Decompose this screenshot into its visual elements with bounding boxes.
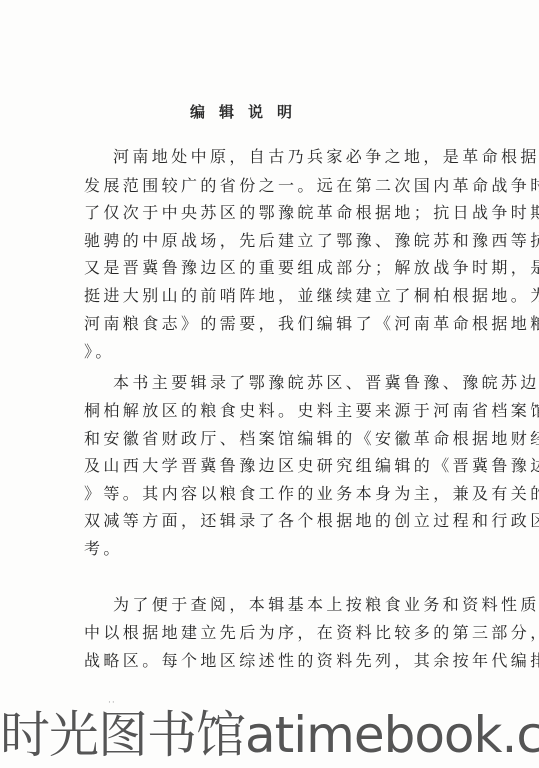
text-line: 战略区。每个地区综述性的资料先列，其余按年代编排。对于中原 xyxy=(84,652,539,670)
text-line: 河南粮食志》的需要，我们编辑了《河南革命根据地粮食史料选辑 xyxy=(84,315,539,333)
text-line: 发展范围较广的省份之一。远在第二次国内革命战争时期，就建立 xyxy=(84,177,539,195)
text-line: 驰骋的中原战场，先后建立了鄂豫、豫皖苏和豫西等抗日根据地， xyxy=(84,232,539,250)
text-line: 桐柏解放区的粮食史料。史料主要来源于河南省档案馆的历史档案 xyxy=(84,402,539,420)
text-line: 河南地处中原，自古乃兵家必争之地，是革命根据地创立较早， xyxy=(113,148,539,166)
text-line: 》。 xyxy=(84,343,115,361)
text-line: 了仅次于中央苏区的鄂豫皖革命根据地；抗日战争时期是我军纵横 xyxy=(84,204,539,222)
text-line: 本书主要辑录了鄂豫皖苏区、晋冀鲁豫、豫皖苏边区和豫西、 xyxy=(113,374,539,392)
text-line: 中以根据地建立先后为序，在资料比较多的第三部分，又划分了各 xyxy=(84,624,539,642)
text-line: 双减等方面，还辑录了各个根据地的创立过程和行政区划，供作参 xyxy=(84,512,539,530)
text-line: 》等。其内容以粮食工作的业务本身为主，兼及有关的生产、土改、 xyxy=(84,485,539,503)
page-title: 编辑说明 xyxy=(190,101,306,122)
text-line: 考。 xyxy=(84,540,123,558)
text-line: 又是晋冀鲁豫边区的重要组成部分；解放战争时期，是人民解放军 xyxy=(84,259,539,277)
text-line: 挺进大别山的前哨阵地，並继续建立了桐柏根据地。为了满足编写《 xyxy=(84,287,539,305)
watermark: 时光图书馆atimebook.com xyxy=(0,707,539,763)
text-line: 及山西大学晋冀鲁豫边区史研究组编辑的《晋冀鲁豫边区史料选编 xyxy=(84,457,539,475)
text-line: 和安徽省财政厅、档案馆编辑的《安徽革命根据地财经史料选》以 xyxy=(84,430,539,448)
scanned-page: 编辑说明 河南地处中原，自古乃兵家必争之地，是革命根据地创立较早，发展范围较广的… xyxy=(0,0,539,768)
text-line: 为了便于查阅，本辑基本上按粮食业务和资料性质分类，每类 xyxy=(113,596,539,614)
